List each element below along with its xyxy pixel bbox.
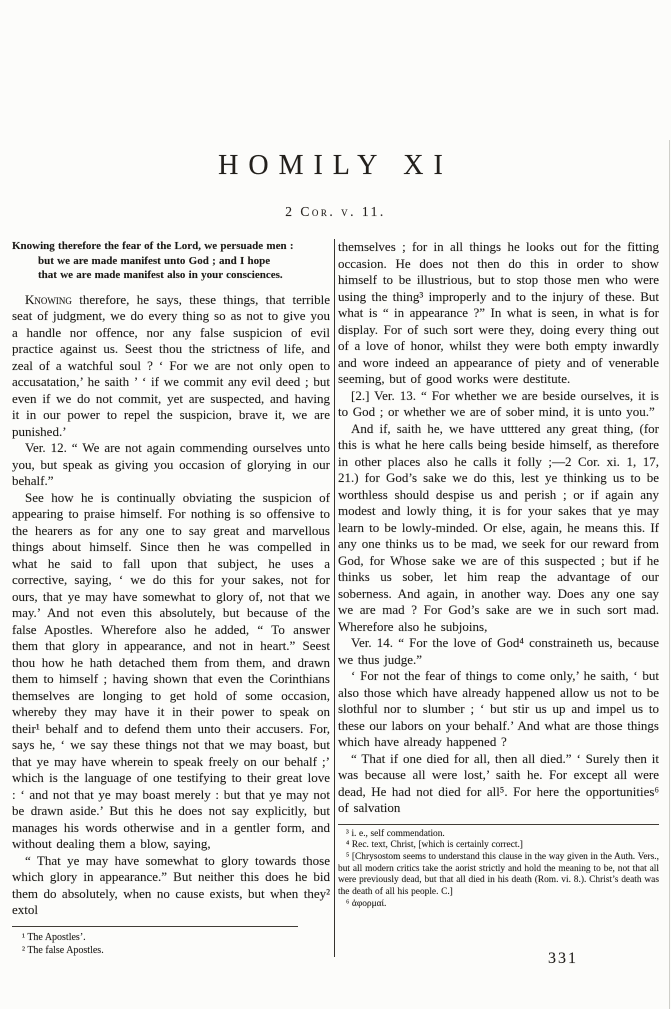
footnote-6: ⁶ ἀφορμαί.: [338, 899, 659, 911]
footnotes-right: ³ i. e., self commendation. ⁴ Rec. text,…: [338, 829, 659, 911]
right-column: themselves ; for in all things he looks …: [338, 239, 659, 910]
paragraph-text: therefore, he says, these things, that t…: [12, 292, 330, 439]
column-divider: [334, 239, 335, 957]
paragraph-continuation: themselves ; for in all things he looks …: [338, 239, 659, 388]
paragraph-for-not-the-fear: ‘ For not the fear of things to come onl…: [338, 668, 659, 751]
paragraph-ver-13: [2.] Ver. 13. “ For whether we are besid…: [338, 388, 659, 421]
left-column: Knowing therefore the fear of the Lord, …: [12, 239, 330, 957]
footnote-3: ³ i. e., self commendation.: [338, 829, 659, 841]
paragraph-that-if-one-died: “ That if one died for all, then all die…: [338, 751, 659, 817]
epigraph: Knowing therefore the fear of the Lord, …: [12, 239, 330, 283]
footnote-2: ² The false Apostles.: [22, 944, 330, 957]
epigraph-line: that we are made manifest also in your c…: [12, 268, 330, 283]
footnote-5: ⁵ [Chrysostom seems to understand this c…: [338, 852, 659, 899]
footnote-rule: [338, 824, 659, 825]
paragraph-knowing: Knowing therefore, he says, these things…: [12, 292, 330, 441]
book-page: HOMILY XI 2 Cor. v. 11. Knowing therefor…: [0, 0, 671, 1009]
scan-edge-artifact: [669, 140, 670, 1009]
footnote-1: ¹ The Apostles’.: [22, 931, 330, 944]
paragraph-lead-smallcaps: Knowing: [25, 292, 72, 307]
paragraph-ver-14: Ver. 14. “ For the love of God⁴ constrai…: [338, 635, 659, 668]
paragraph-see-how: See how he is continually obviating the …: [12, 490, 330, 853]
page-title: HOMILY XI: [0, 150, 671, 182]
footnote-rule: [12, 926, 298, 927]
epigraph-line: Knowing therefore the fear of the Lord, …: [12, 239, 330, 254]
paragraph-and-if: And if, saith he, we have utttered any g…: [338, 421, 659, 636]
two-column-text: Knowing therefore the fear of the Lord, …: [12, 239, 659, 957]
scripture-reference: 2 Cor. v. 11.: [0, 204, 671, 220]
footnotes-left: ¹ The Apostles’. ² The false Apostles.: [12, 931, 330, 957]
page-number: 331: [548, 950, 578, 968]
footnote-4: ⁴ Rec. text, Christ, [which is certainly…: [338, 840, 659, 852]
epigraph-line: but we are made manifest unto God ; and …: [12, 254, 330, 269]
paragraph-that-ye-may: “ That ye may have somewhat to glory tow…: [12, 853, 330, 919]
paragraph-ver-12: Ver. 12. “ We are not again commending o…: [12, 440, 330, 490]
